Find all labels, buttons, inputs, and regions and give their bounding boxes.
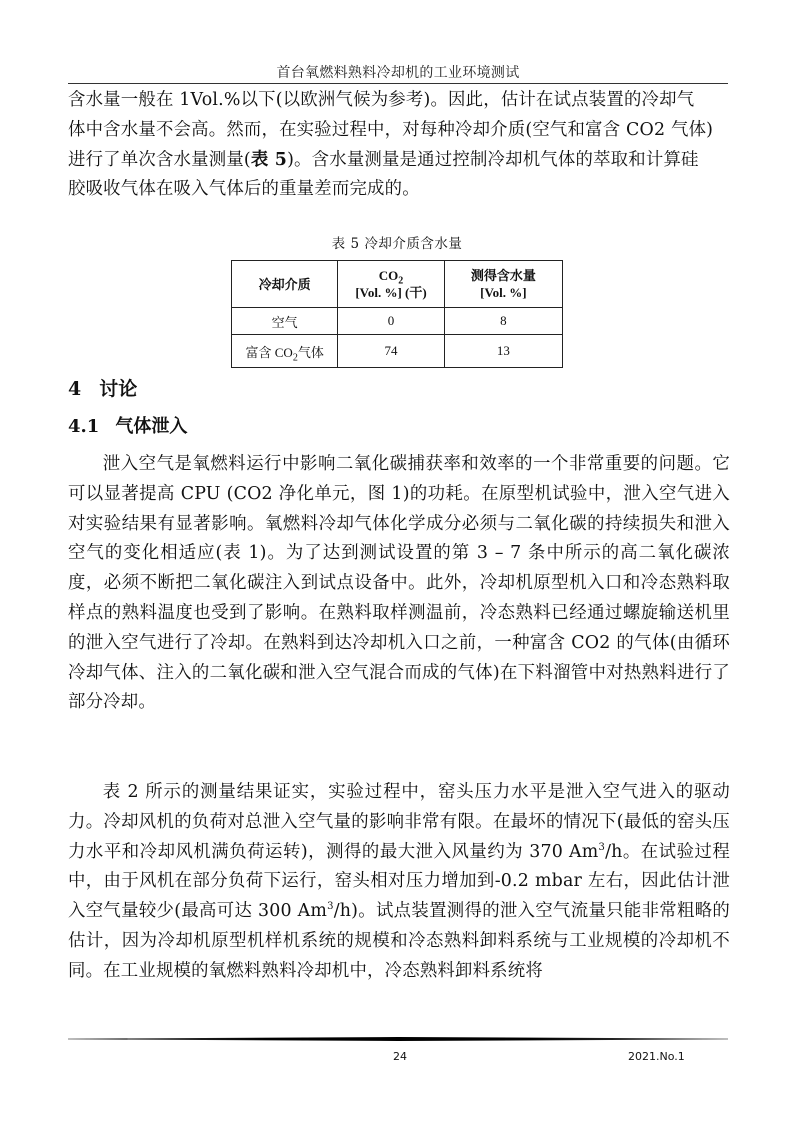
intro-line-2: 体中含水量不会高。然而，在实验过程中，对每种冷却介质(空气和富含 CO2 气体) bbox=[68, 116, 730, 146]
cell-water: 8 bbox=[444, 308, 562, 335]
header-unit: [Vol. %] bbox=[480, 285, 526, 300]
issue-label: 2021.No.1 bbox=[628, 1050, 685, 1063]
table-header-row: 冷却介质 CO2 [Vol. %] (干) 测得含水量 [Vol. %] bbox=[232, 261, 563, 308]
text-span: )。含水量测量是通过控制冷却机气体的萃取和计算硅 bbox=[287, 150, 699, 170]
table-row: 富含 CO2气体 74 13 bbox=[232, 335, 563, 368]
table-caption: 表 5 冷却介质含水量 bbox=[231, 232, 563, 252]
header-unit: [Vol. %] (干) bbox=[355, 285, 426, 300]
section-heading-4: 4讨论 bbox=[68, 374, 137, 401]
header-co2: CO2 [Vol. %] (干) bbox=[338, 261, 444, 308]
header-measured-water: 测得含水量 [Vol. %] bbox=[444, 261, 562, 308]
paragraph-1: 泄入空气是氧燃料运行中影响二氧化碳捕获率和效率的一个非常重要的问题。它可以显著提… bbox=[68, 450, 730, 718]
header-text: 测得含水量 bbox=[471, 268, 536, 283]
cell-co2: 0 bbox=[338, 308, 444, 335]
footer-rule bbox=[68, 1037, 728, 1041]
section-title: 讨论 bbox=[99, 378, 137, 400]
cell-co2: 74 bbox=[338, 335, 444, 368]
header-cooling-medium: 冷却介质 bbox=[232, 261, 338, 308]
table-reference: 表 5 bbox=[251, 150, 287, 170]
cell-water: 13 bbox=[444, 335, 562, 368]
intro-paragraph: 含水量一般在 1Vol.%以下(以欧洲气候为参考)。因此，估计在试点装置的冷却气… bbox=[68, 86, 730, 205]
section-title: 气体泄入 bbox=[115, 416, 187, 437]
text-span: 富含 CO bbox=[246, 345, 293, 360]
header-text: CO bbox=[379, 268, 399, 283]
section-number: 4 bbox=[68, 378, 81, 400]
paragraph-measurement: 表 2 所示的测量结果证实，实验过程中，窑头压力水平是泄入空气进入的驱动力。冷却… bbox=[68, 778, 730, 987]
cell-medium: 富含 CO2气体 bbox=[232, 335, 338, 368]
intro-line-3: 进行了单次含水量测量(表 5)。含水量测量是通过控制冷却机气体的萃取和计算硅 bbox=[68, 146, 730, 176]
section-number: 4.1 bbox=[68, 416, 99, 437]
paragraph-2: 表 2 所示的测量结果证实，实验过程中，窑头压力水平是泄入空气进入的驱动力。冷却… bbox=[68, 778, 730, 987]
water-content-table: 冷却介质 CO2 [Vol. %] (干) 测得含水量 [Vol. %] 空气 … bbox=[231, 260, 563, 368]
text-span: 进行了单次含水量测量( bbox=[68, 150, 251, 170]
running-title: 首台氧燃料熟料冷却机的工业环境测试 bbox=[68, 62, 728, 82]
intro-line-1: 含水量一般在 1Vol.%以下(以欧洲气候为参考)。因此，估计在试点装置的冷却气 bbox=[68, 86, 730, 116]
page-number: 24 bbox=[380, 1050, 420, 1063]
cell-medium: 空气 bbox=[232, 308, 338, 335]
text-span: 气体 bbox=[298, 345, 324, 360]
intro-line-4: 胶吸收气体在吸入气体后的重量差而完成的。 bbox=[68, 175, 730, 205]
header-rule bbox=[68, 83, 728, 84]
table-row: 空气 0 8 bbox=[232, 308, 563, 335]
section-heading-4-1: 4.1气体泄入 bbox=[68, 412, 187, 438]
paragraph-air-ingress: 泄入空气是氧燃料运行中影响二氧化碳捕获率和效率的一个非常重要的问题。它可以显著提… bbox=[68, 450, 730, 718]
